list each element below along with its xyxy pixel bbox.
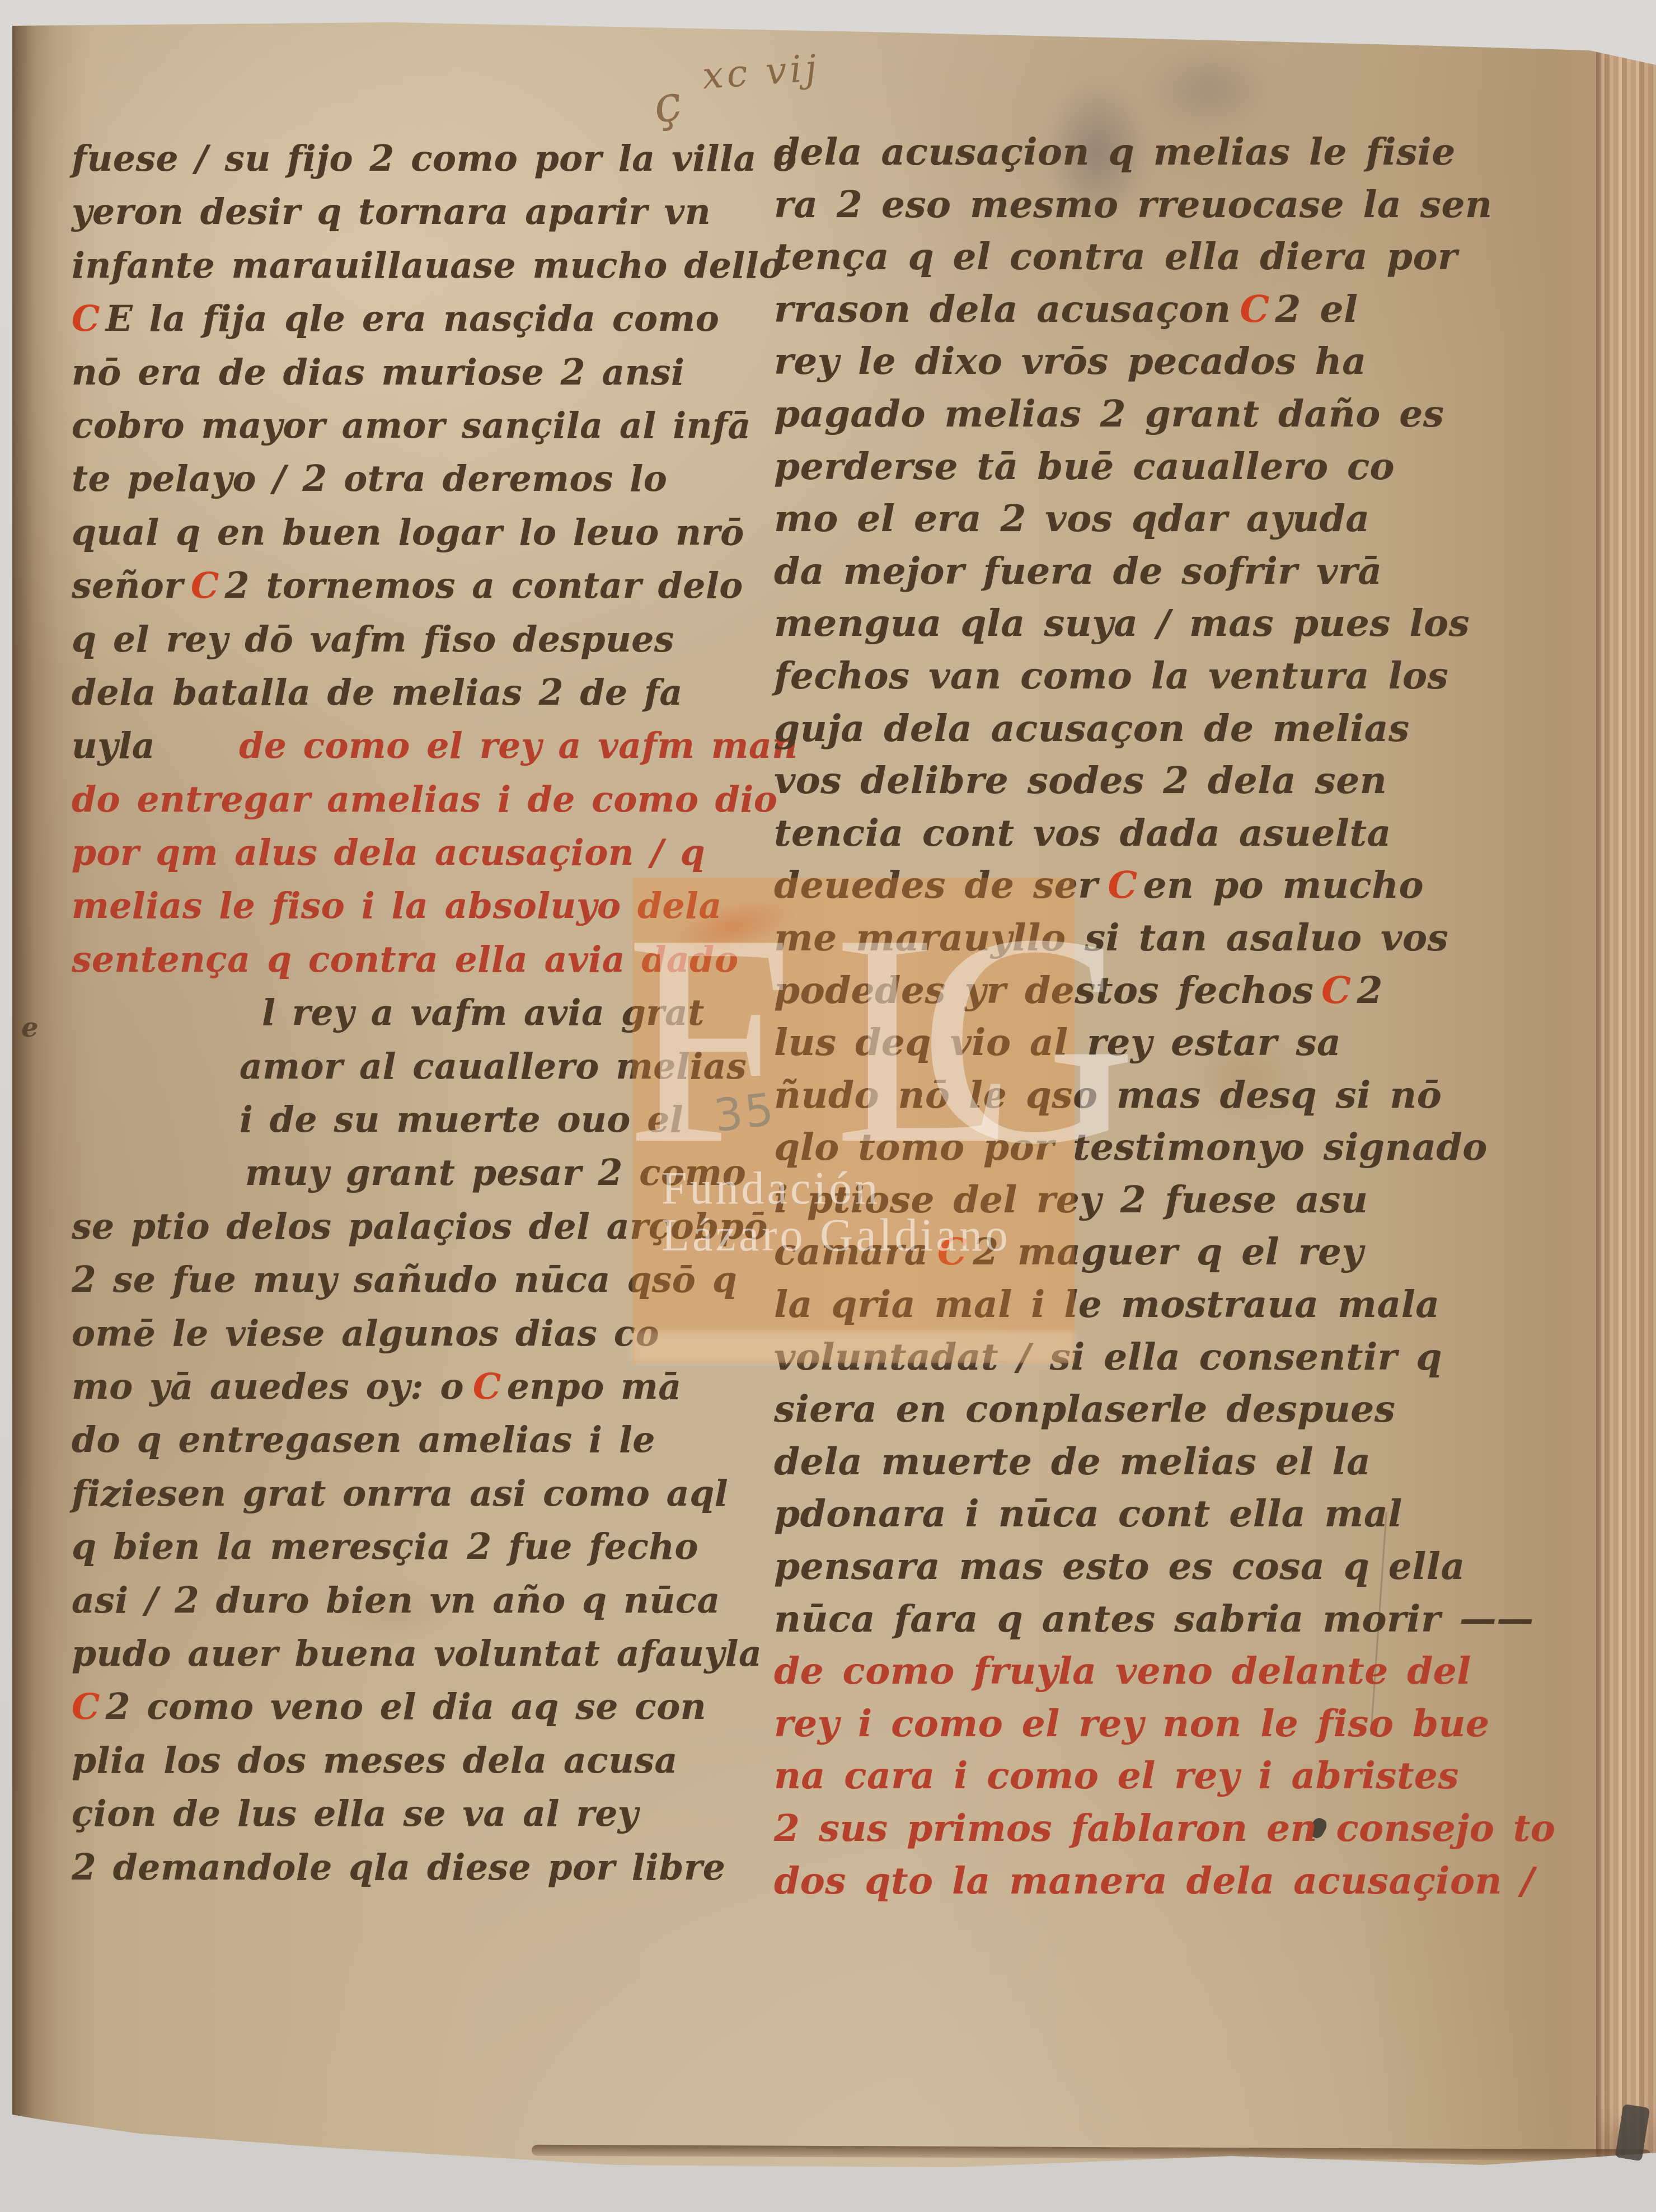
text-segment: 2 demandole qla diese por libre [72,1847,725,1888]
text-segment: de como el rey a vafm man [239,725,798,766]
manuscript-line: siera en conplaserle despues [774,1387,1524,1440]
manuscript-line: fuese / su fijo 2 como por la villa o [72,138,746,191]
manuscript-line: pagado melias 2 grant daño es [774,392,1524,444]
text-segment: do entregar amelias i de como dio [72,779,777,820]
page-bottom-edge [532,2145,1651,2161]
manuscript-line: dela batalla de melias 2 de fa [72,672,746,725]
manuscript-line: mengua qla suya / mas pues los [774,601,1524,654]
text-segment: çion de lus ella se va al rey [72,1793,639,1834]
text-segment: mo el era 2 vos qdar ayuda [774,496,1370,540]
manuscript-line: asi / 2 duro bien vn año q nūca [72,1580,746,1633]
manuscript-line: fiziesen grat onrra asi como aql [72,1473,746,1526]
manuscript-line: perderse tā buē cauallero co [774,444,1524,497]
manuscript-line: 2 demandole qla diese por libre [72,1847,746,1900]
text-segment: ra 2 eso mesmo rreuocase la sen [774,182,1492,226]
manuscript-line: dela muerte de melias el la [774,1440,1524,1492]
folio-flourish-mark: ç [650,77,686,130]
text-segment: fiziesen grat onrra asi como aql [72,1473,728,1514]
text-segment: nūca fara q antes sabria morir —— [774,1597,1534,1641]
text-segment: dos qto la manera dela acusaçion / [774,1859,1535,1902]
manuscript-line: nūca fara q antes sabria morir —— [774,1597,1524,1649]
manuscript-line: pensara mas esto es cosa q ella [774,1544,1524,1597]
text-segment: uyla [72,725,155,766]
text-segment: infante marauillauase mucho dello [72,245,783,286]
text-segment: fuese / su fijo 2 como por la villa o [72,138,797,179]
rubric-pilcrow: C [191,565,219,606]
text-segment: fechos van como la ventura los [774,654,1448,697]
text-segment: dela batalla de melias 2 de fa [72,672,683,713]
text-segment: mengua qla suya / mas pues los [774,601,1470,645]
manuscript-line: da mejor fuera de sofrir vrā [774,549,1524,602]
watermark-initial-g: G [919,888,1137,1190]
text-segment: 2 sus primos fablaron en consejo to [774,1806,1555,1850]
manuscript-line: çion de lus ella se va al rey [72,1793,746,1846]
text-segment: guja dela acusaçon de melias [774,706,1410,750]
manuscript-line: rey i como el rey non le fiso bue [774,1702,1524,1754]
manuscript-line: q el rey dō vafm fiso despues [72,618,746,672]
manuscript-line: dos qto la manera dela acusaçion / [774,1859,1524,1911]
text-segment: rey i como el rey non le fiso bue [774,1702,1490,1745]
text-segment: q el rey dō vafm fiso despues [72,618,674,660]
manuscript-line: plia los dos meses dela acusa [72,1740,746,1793]
manuscript-line: infante marauillauase mucho dello [72,245,746,298]
text-segment: dela acusaçion q melias le fisie [774,130,1456,174]
book-fore-edge [1596,34,1656,2161]
manuscript-line: do entregar amelias i de como dio [72,779,746,832]
text-segment: 2 como veno el dia aq se con [106,1686,706,1727]
manuscript-line: pudo auer buena voluntat afauyla [72,1633,746,1686]
text-segment: pdonara i nūca cont ella mal [774,1492,1402,1535]
text-segment: de como fruyla veno delante del [774,1649,1471,1693]
text-segment: dela muerte de melias el la [774,1440,1371,1483]
text-segment: pudo auer buena voluntat afauyla [72,1633,762,1674]
text-segment: siera en conplaserle despues [774,1387,1395,1431]
manuscript-line: rrason dela acusaçonC2 el [774,287,1524,340]
text-segment: i de su muerte ouo el [240,1099,683,1140]
manuscript-line: señorC2 tornemos a contar delo [72,565,746,618]
watermark-name-line2: Lázaro Galdiano [662,1212,1011,1258]
text-segment: 2 tornemos a contar delo [225,565,743,606]
manuscript-line: cobro mayor amor sançila al infā [72,405,746,458]
manuscript-line: dela acusaçion q melias le fisie [774,130,1524,182]
rubric-pilcrow: C [1240,287,1269,331]
text-segment: yeron desir q tornara aparir vn [72,191,711,232]
text-segment: pensara mas esto es cosa q ella [774,1544,1465,1588]
manuscript-line: 2 sus primos fablaron en consejo to [774,1806,1524,1859]
rubric-pilcrow: C [72,1686,100,1727]
text-segment: na cara i como el rey i abristes [774,1754,1459,1797]
manuscript-page: ç xc vij e fuese / su fijo 2 como por la… [0,0,1656,2212]
text-segment: por qm alus dela acusaçion / q [72,832,705,873]
text-segment: qual q en buen logar lo leuo nrō [72,512,744,553]
text-segment: te pelayo / 2 otra deremos lo [72,458,667,499]
manuscript-line: uylade como el rey a vafm man [72,725,746,778]
text-segment: 2 [1357,968,1382,1012]
text-segment: enpo mā [507,1366,682,1407]
manuscript-line: nō era de dias muriose 2 ansi [72,352,746,405]
manuscript-line: tencia cont vos dada asuelta [774,811,1524,864]
folio-annotation: xc vij [701,50,821,95]
text-segment: tença q el contra ella diera por [774,235,1457,278]
text-segment: plia los dos meses dela acusa [72,1740,678,1781]
manuscript-line: vos delibre sodes 2 dela sen [774,758,1524,811]
text-segment: q bien la meresçia 2 fue fecho [72,1526,698,1567]
manuscript-line: ra 2 eso mesmo rreuocase la sen [774,182,1524,235]
watermark-name-line1: Fundación [662,1165,880,1211]
manuscript-line: qual q en buen logar lo leuo nrō [72,512,746,565]
manuscript-line: yeron desir q tornara aparir vn [72,191,746,244]
text-segment: tencia cont vos dada asuelta [774,811,1391,855]
manuscript-line: mo yā auedes oy: oCenpo mā [72,1366,746,1419]
manuscript-line: C2 como veno el dia aq se con [72,1686,746,1739]
watermark-band-streak [632,1331,1075,1363]
text-segment: nō era de dias muriose 2 ansi [72,352,684,393]
pencil-folio-number: 35 [712,1087,778,1139]
rubric-pilcrow: C [473,1366,501,1407]
text-segment: cobro mayor amor sançila al infā [72,405,751,446]
manuscript-line: mo el era 2 vos qdar ayuda [774,496,1524,549]
text-segment: en po mucho [1143,863,1424,907]
rubric-pilcrow: C [72,298,100,339]
text-segment: rey le dixo vrōs pecados ha [774,339,1367,383]
photo-background: ç xc vij e fuese / su fijo 2 como por la… [0,0,1656,2212]
manuscript-line: de como fruyla veno delante del [774,1649,1524,1702]
watermark-initial-f: F [626,888,794,1190]
text-segment: perderse tā buē cauallero co [774,444,1395,488]
manuscript-line: rey le dixo vrōs pecados ha [774,339,1524,392]
text-segment: señor [72,565,183,606]
text-segment: do q entregasen amelias i le [72,1419,655,1460]
manuscript-line: CE la fija qle era nasçida como [72,298,746,351]
manuscript-line: na cara i como el rey i abristes [774,1754,1524,1806]
text-segment: da mejor fuera de sofrir vrā [774,549,1382,593]
text-segment: vos delibre sodes 2 dela sen [774,758,1387,802]
text-segment: omē le viese algunos dias co [72,1313,659,1354]
rubric-pilcrow: C [1321,968,1351,1012]
manuscript-line: guja dela acusaçon de melias [774,706,1524,759]
manuscript-line: pdonara i nūca cont ella mal [774,1492,1524,1544]
manuscript-line: do q entregasen amelias i le [72,1419,746,1472]
text-segment: pagado melias 2 grant daño es [774,392,1444,435]
text-segment: rrason dela acusaçon [774,287,1231,331]
text-segment: 2 el [1275,287,1358,331]
margin-guide-letter: e [21,1014,39,1041]
manuscript-line: fechos van como la ventura los [774,654,1524,706]
manuscript-line: q bien la meresçia 2 fue fecho [72,1526,746,1579]
manuscript-line: tença q el contra ella diera por [774,235,1524,287]
text-segment: asi / 2 duro bien vn año q nūca [72,1580,720,1621]
text-segment: mo yā auedes oy: o [72,1366,464,1407]
manuscript-line: te pelayo / 2 otra deremos lo [72,458,746,511]
text-segment: melias le fiso i la absoluyo dela [72,885,722,926]
text-segment: E la fija qle era nasçida como [106,298,720,339]
